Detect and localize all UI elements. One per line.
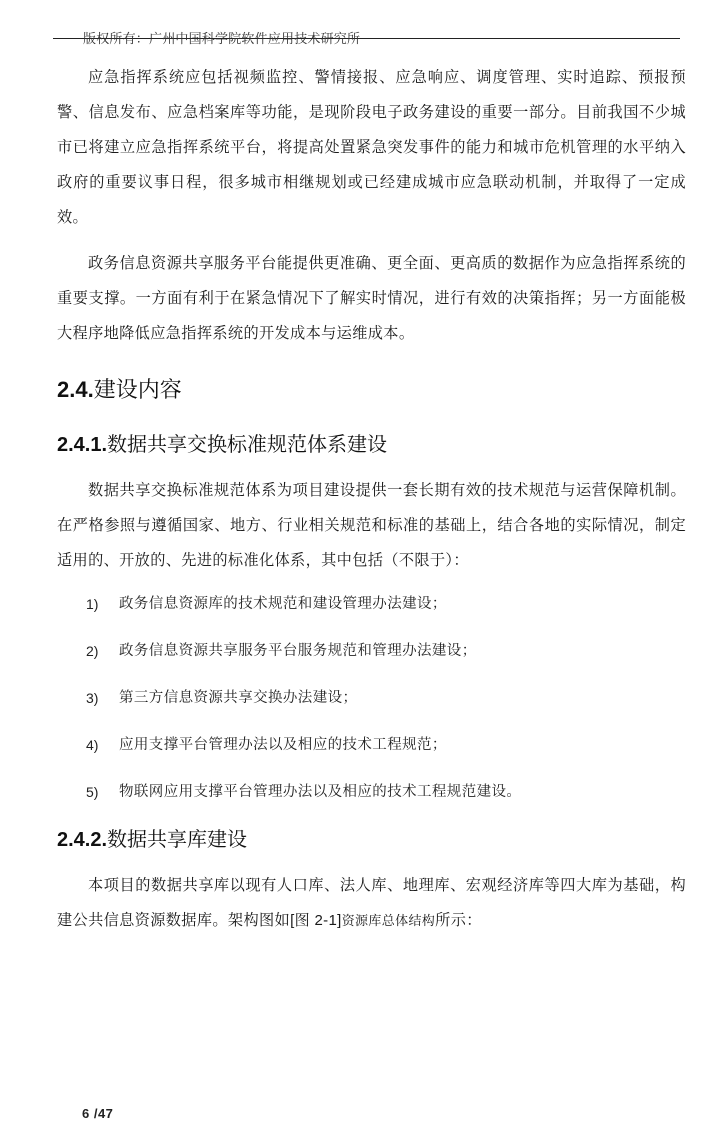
list-text: 物联网应用支撑平台管理办法以及相应的技术工程规范建设。 [119, 782, 521, 802]
section-title: 数据共享交换标准规范体系建设 [107, 432, 387, 456]
list-marker: 3) [86, 688, 98, 708]
standards-paragraph: 数据共享交换标准规范体系为项目建设提供一套长期有效的技术规范与运营保障机制。在严… [57, 473, 686, 578]
list-marker: 1) [86, 594, 98, 614]
section-number: 2.4. [57, 377, 94, 402]
page-header: 版权所有：广州中国科学院软件应用技术研究所 [53, 22, 680, 39]
list-text: 政务信息资源库的技术规范和建设管理办法建设； [119, 594, 447, 614]
document-body: 应急指挥系统应包括视频监控、警情接报、应急响应、调度管理、实时追踪、预报预警、信… [57, 60, 686, 939]
paragraph-text-end: 所示： [435, 911, 482, 929]
section-number: 2.4.2. [57, 829, 107, 851]
intro-paragraph-2: 政务信息资源共享服务平台能提供更准确、更全面、更高质的数据作为应急指挥系统的重要… [57, 246, 686, 351]
section-heading-2-4: 2.4.建设内容 [57, 375, 686, 406]
list-text: 第三方信息资源共享交换办法建设； [119, 688, 357, 708]
section-heading-2-4-1: 2.4.1.数据共享交换标准规范体系建设 [57, 430, 686, 459]
list-text: 应用支撑平台管理办法以及相应的技术工程规范； [119, 735, 447, 755]
copyright-header: 版权所有：广州中国科学院软件应用技术研究所 [83, 32, 360, 48]
page-number: 6 /47 [82, 1106, 113, 1121]
figure-caption-ref: 资源库总体结构 [342, 914, 435, 929]
list-marker: 4) [86, 735, 98, 755]
list-item: 1) 政务信息资源库的技术规范和建设管理办法建设； [57, 594, 686, 641]
section-number: 2.4.1. [57, 434, 107, 456]
list-text: 政务信息资源共享服务平台服务规范和管理办法建设； [119, 641, 477, 661]
standards-list: 1) 政务信息资源库的技术规范和建设管理办法建设； 2) 政务信息资源共享服务平… [57, 594, 686, 829]
section-title: 数据共享库建设 [107, 827, 247, 851]
list-item: 2) 政务信息资源共享服务平台服务规范和管理办法建设； [57, 641, 686, 688]
list-item: 4) 应用支撑平台管理办法以及相应的技术工程规范； [57, 735, 686, 782]
figure-reference: [图 2-1] [290, 912, 342, 929]
section-heading-2-4-2: 2.4.2.数据共享库建设 [57, 825, 686, 854]
section-title: 建设内容 [94, 378, 182, 403]
intro-paragraph-1: 应急指挥系统应包括视频监控、警情接报、应急响应、调度管理、实时追踪、预报预警、信… [57, 60, 686, 235]
shared-db-paragraph: 本项目的数据共享库以现有人口库、法人库、地理库、宏观经济库等四大库为基础，构建公… [57, 868, 686, 939]
list-marker: 5) [86, 782, 98, 802]
list-marker: 2) [86, 641, 98, 661]
list-item: 5) 物联网应用支撑平台管理办法以及相应的技术工程规范建设。 [57, 782, 686, 829]
list-item: 3) 第三方信息资源共享交换办法建设； [57, 688, 686, 735]
